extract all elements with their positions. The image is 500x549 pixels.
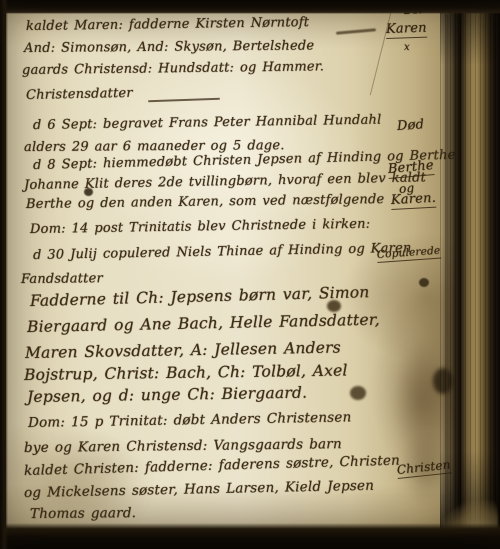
margin-note-correction: Karen (386, 21, 427, 39)
ink-blot (419, 278, 429, 287)
margin-correction-mark: x (404, 42, 410, 53)
ink-blot (84, 188, 93, 196)
ink-blot (350, 386, 366, 400)
margin-note-twin2: Karen. (391, 191, 437, 210)
book-edge-left (0, 0, 8, 549)
manuscript-scan: 24. kaldet Maren: fadderne Kirsten Nørnt… (0, 0, 500, 549)
manuscript-line: Christensdatter (26, 86, 133, 103)
margin-note-death: Død (396, 117, 424, 134)
book-edge-bottom (0, 523, 500, 549)
manuscript-line: Thomas gaard. (30, 505, 136, 522)
book-binding-right (440, 0, 500, 549)
manuscript-line: Fandsdatter (21, 271, 103, 287)
manuscript-line: And: Simonsøn, And: Skysøn, Bertelshede (24, 38, 314, 56)
ink-blot (327, 300, 341, 312)
book-edge-top (0, 0, 500, 14)
